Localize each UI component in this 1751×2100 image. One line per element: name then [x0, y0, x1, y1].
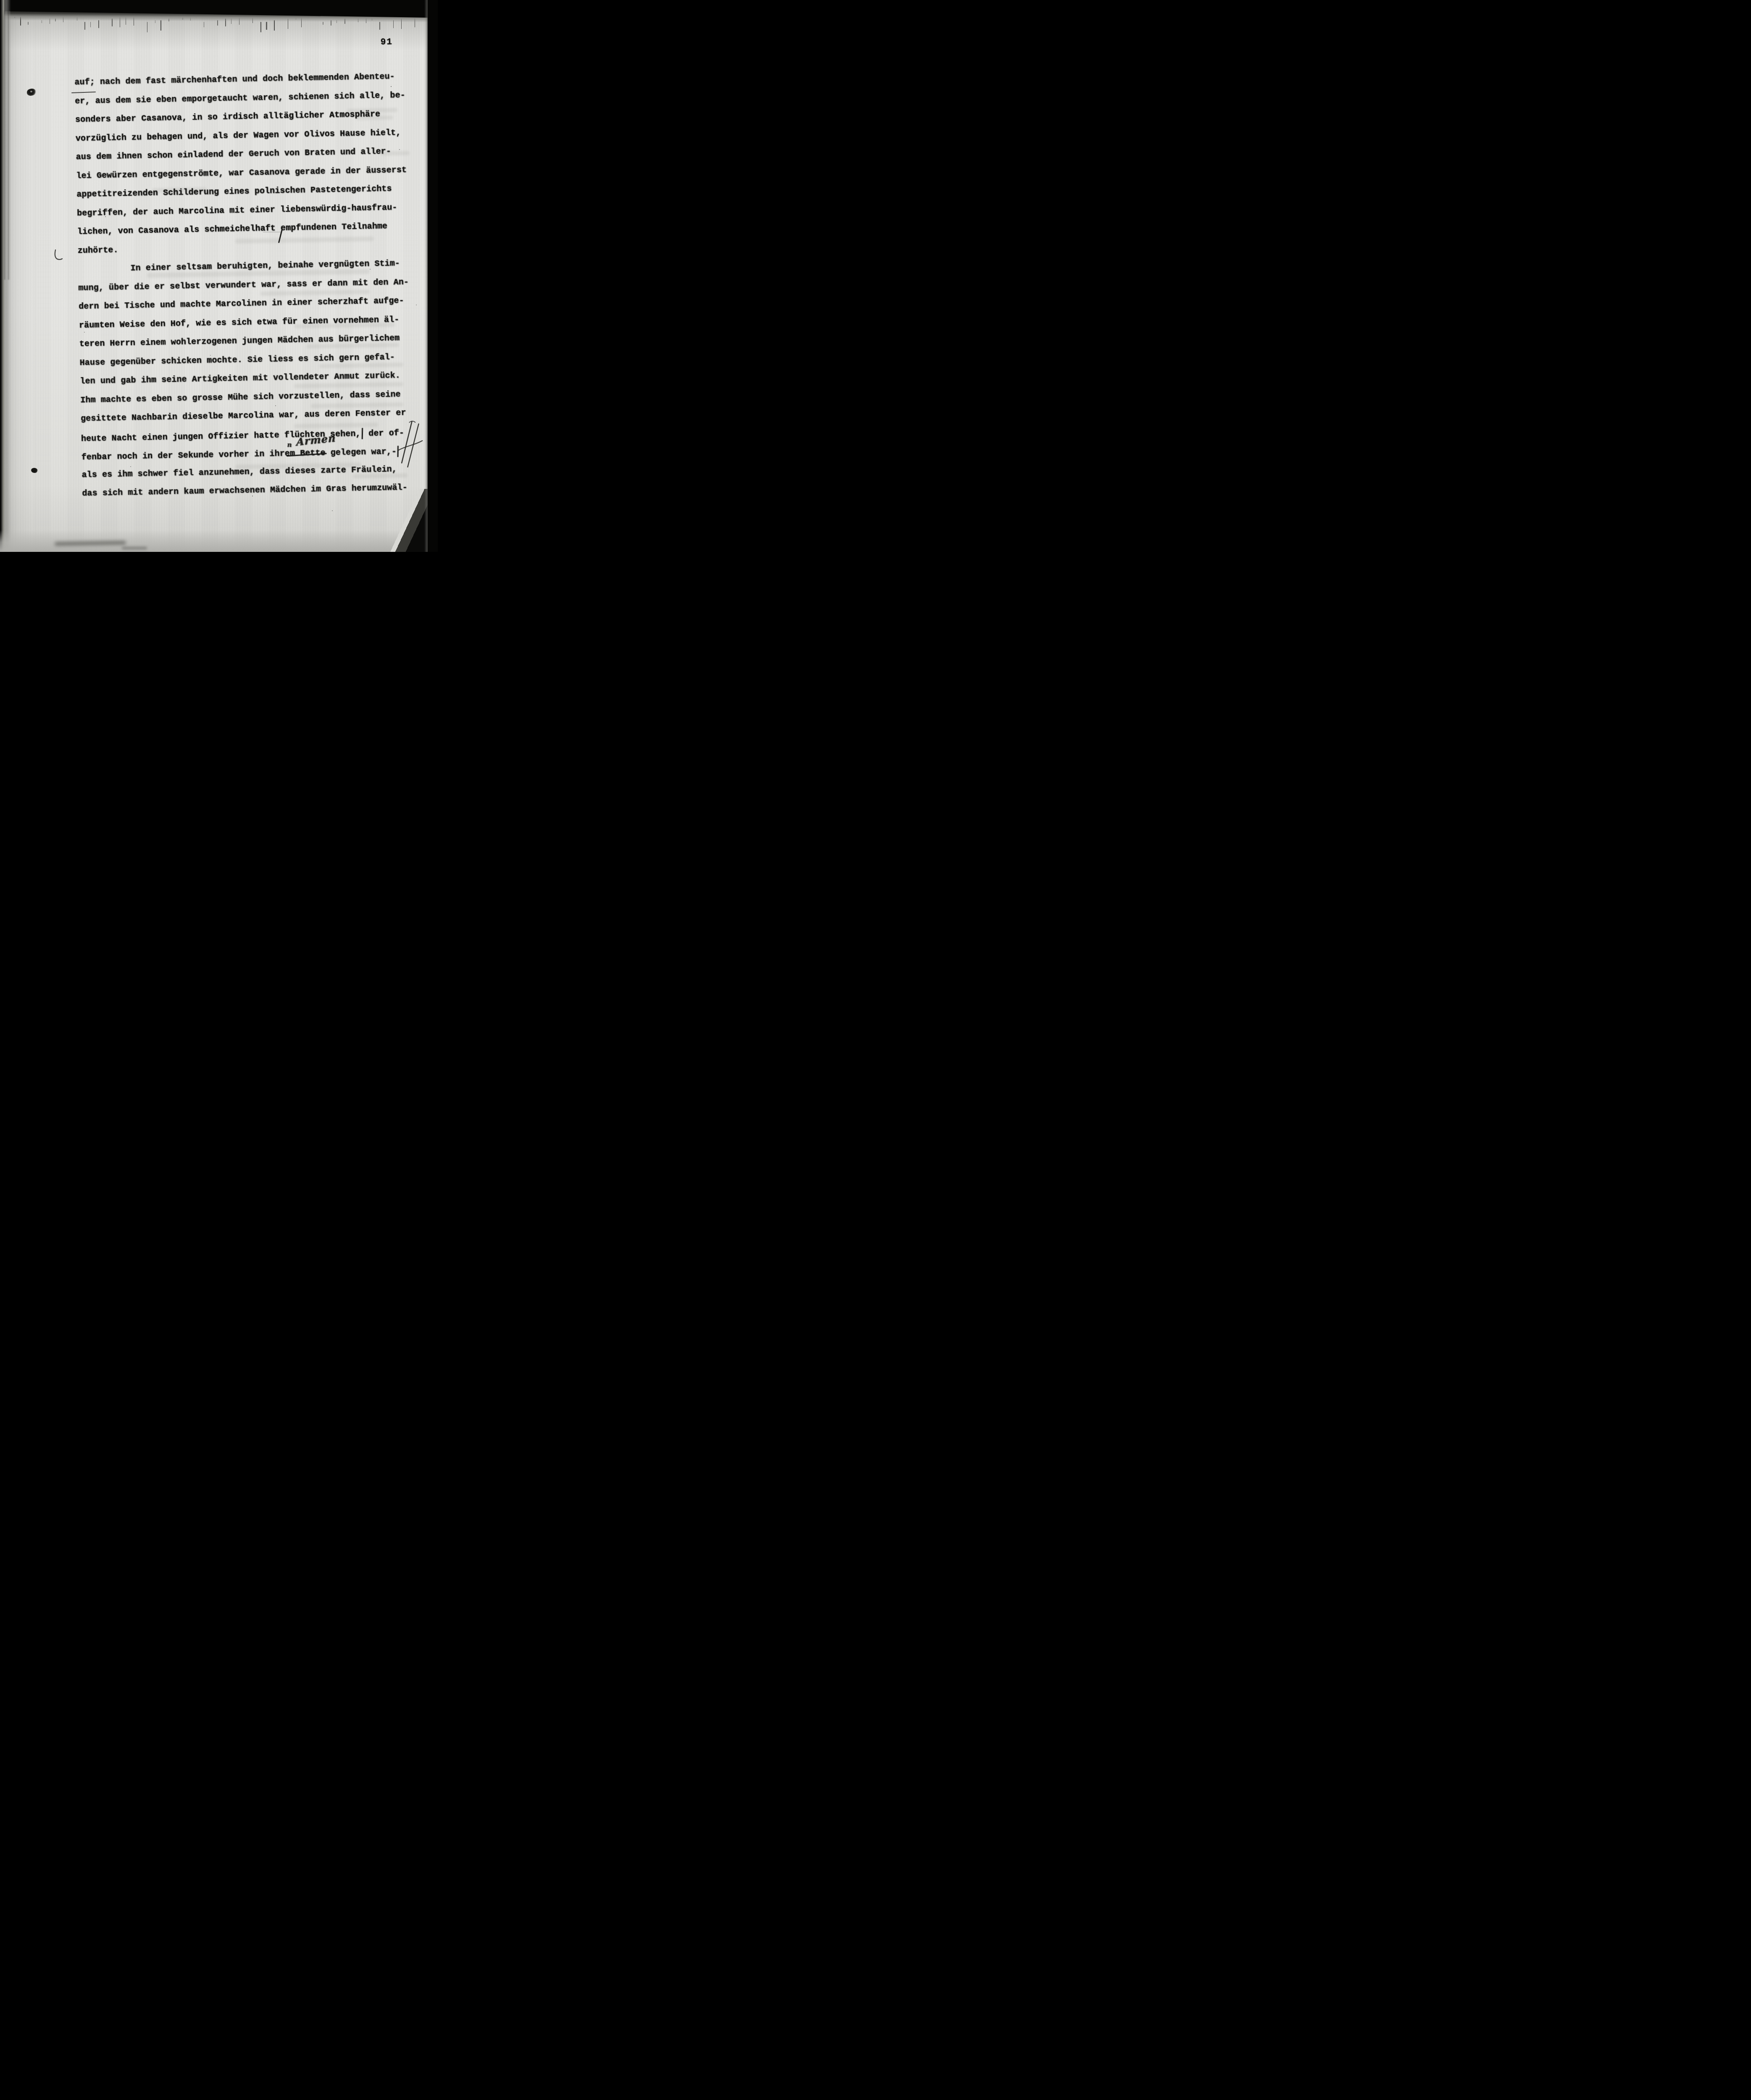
- handwritten-caret-letter: n: [287, 440, 292, 450]
- margin-correction-mark: [397, 420, 423, 470]
- typescript-line: Hause gegenüber schicken mochte. Sie lie…: [80, 352, 395, 368]
- typescript-line: fenbar noch in der Sekunde vorher in ihr…: [82, 446, 400, 463]
- film-band-right: [428, 0, 438, 552]
- typescript-line: lichen, von Casanova als schmeichelhaft …: [77, 222, 388, 238]
- paper-left-edge-streaks: [4, 11, 11, 280]
- typescript-line: begriffen, der auch Marcolina mit einer …: [77, 203, 397, 219]
- typescript-line: zuhörte.: [78, 245, 118, 256]
- typescript-line: auf; nach dem fast märchenhaften und doc…: [74, 72, 395, 88]
- typescript-line: vorzüglich zu behagen und, als der Wagen…: [76, 128, 401, 144]
- typescript-line: Ihm machte es eben so grosse Mühe sich v…: [80, 390, 401, 406]
- typescript-line: sonders aber Casanova, in so irdisch all…: [75, 110, 380, 125]
- typescript-line: gesittete Nachbarin dieselbe Marcolina w…: [81, 408, 406, 424]
- typescript-text: gelegen war,-: [325, 447, 397, 458]
- skewed-page-content: 91 auf; nach dem fast märchenhaften und …: [0, 0, 438, 552]
- typescript-text: fenbar noch in der Sekunde vorher in ihr…: [82, 449, 290, 462]
- typescript-line: dern bei Tische und machte Marcolinen in…: [79, 296, 404, 312]
- typescript-line: heute Nacht einen jungen Offizier hatte …: [81, 427, 404, 444]
- scan-bottom-shading: [0, 530, 438, 552]
- typescript-line: das sich mit andern kaum erwachsenen Mäd…: [82, 483, 408, 499]
- typescript-line: räumten Weise den Hof, wie es sich etwa …: [79, 315, 400, 331]
- typescript-line: teren Herrn einem wohlerzogenen jungen M…: [79, 333, 400, 349]
- bottom-smudge: [122, 547, 147, 549]
- page-corner-bottom-right: [389, 489, 429, 552]
- typescript-line: mung, über die er selbst verwundert war,…: [78, 277, 409, 293]
- handwritten-correction-word: Armen: [297, 433, 336, 447]
- typescript-line: len und gab ihm seine Artigkeiten mit vo…: [80, 371, 400, 387]
- typescript-line: appetitreizenden Schilderung eines polni…: [76, 184, 392, 200]
- typescript-text-block: auf; nach dem fast märchenhaften und doc…: [0, 0, 438, 552]
- typescript-line: er, aus dem sie eben emporgetaucht waren…: [75, 90, 405, 106]
- document-scan: 91 auf; nach dem fast märchenhaften und …: [0, 0, 438, 552]
- pen-insertion-bar: [361, 428, 363, 439]
- typescript-line: In einer seltsam beruhigten, beinahe ver…: [78, 259, 400, 275]
- typescript-line: aus dem ihnen schon einladend der Geruch…: [76, 147, 392, 163]
- typescript-line: lei Gewürzen entgegenströmte, war Casano…: [76, 165, 407, 181]
- typescript-line: als es ihm schwer fiel anzunehmen, dass …: [82, 465, 397, 480]
- struck-text: m BettenArmen: [290, 448, 326, 459]
